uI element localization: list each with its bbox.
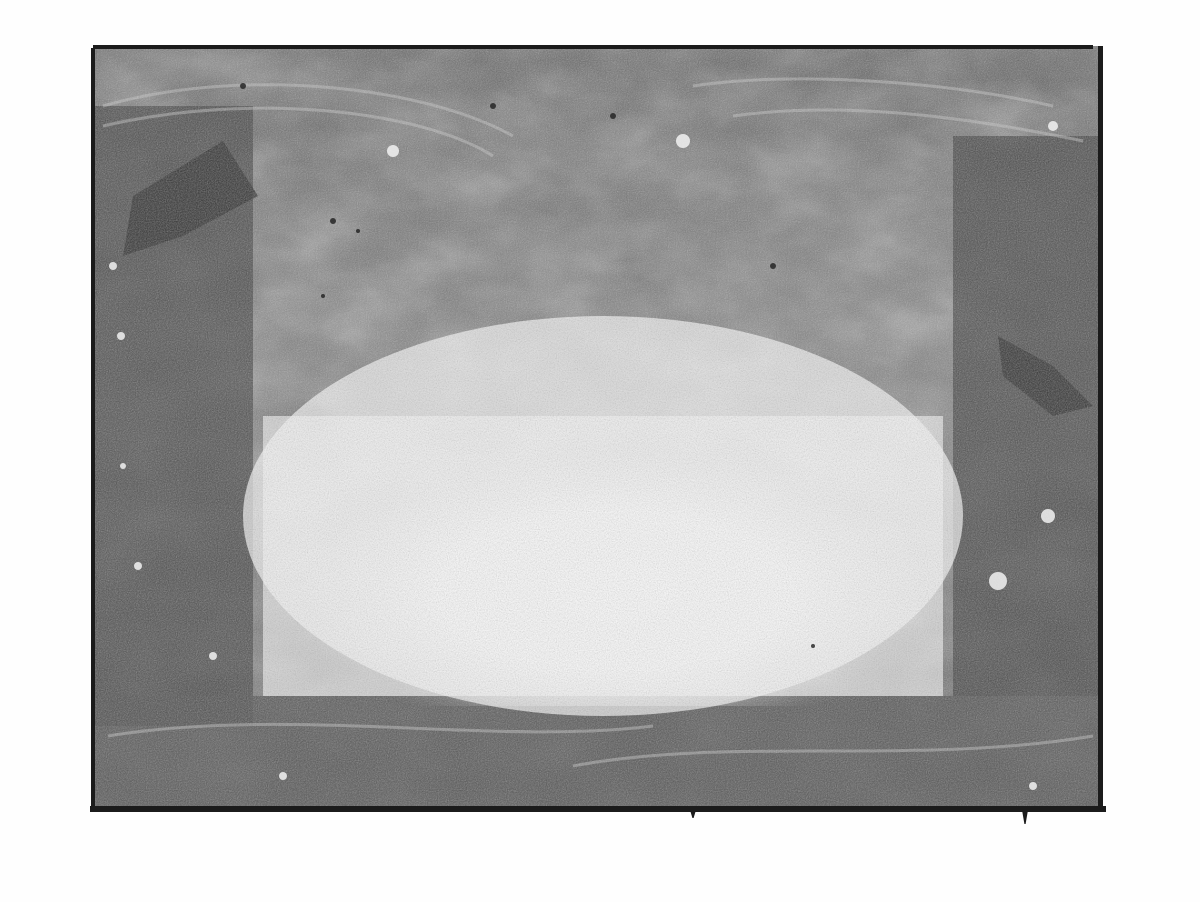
plate-edge-top xyxy=(93,45,1093,49)
plate-texture xyxy=(93,46,1103,812)
ink-drip xyxy=(690,810,696,818)
ink-drip xyxy=(1022,810,1028,824)
plate-edge-bottom xyxy=(90,806,1106,812)
plate-edge-right xyxy=(1098,46,1103,812)
plate-edge-left xyxy=(91,48,95,810)
image-canvas xyxy=(0,0,1200,902)
textured-plate xyxy=(93,46,1103,812)
